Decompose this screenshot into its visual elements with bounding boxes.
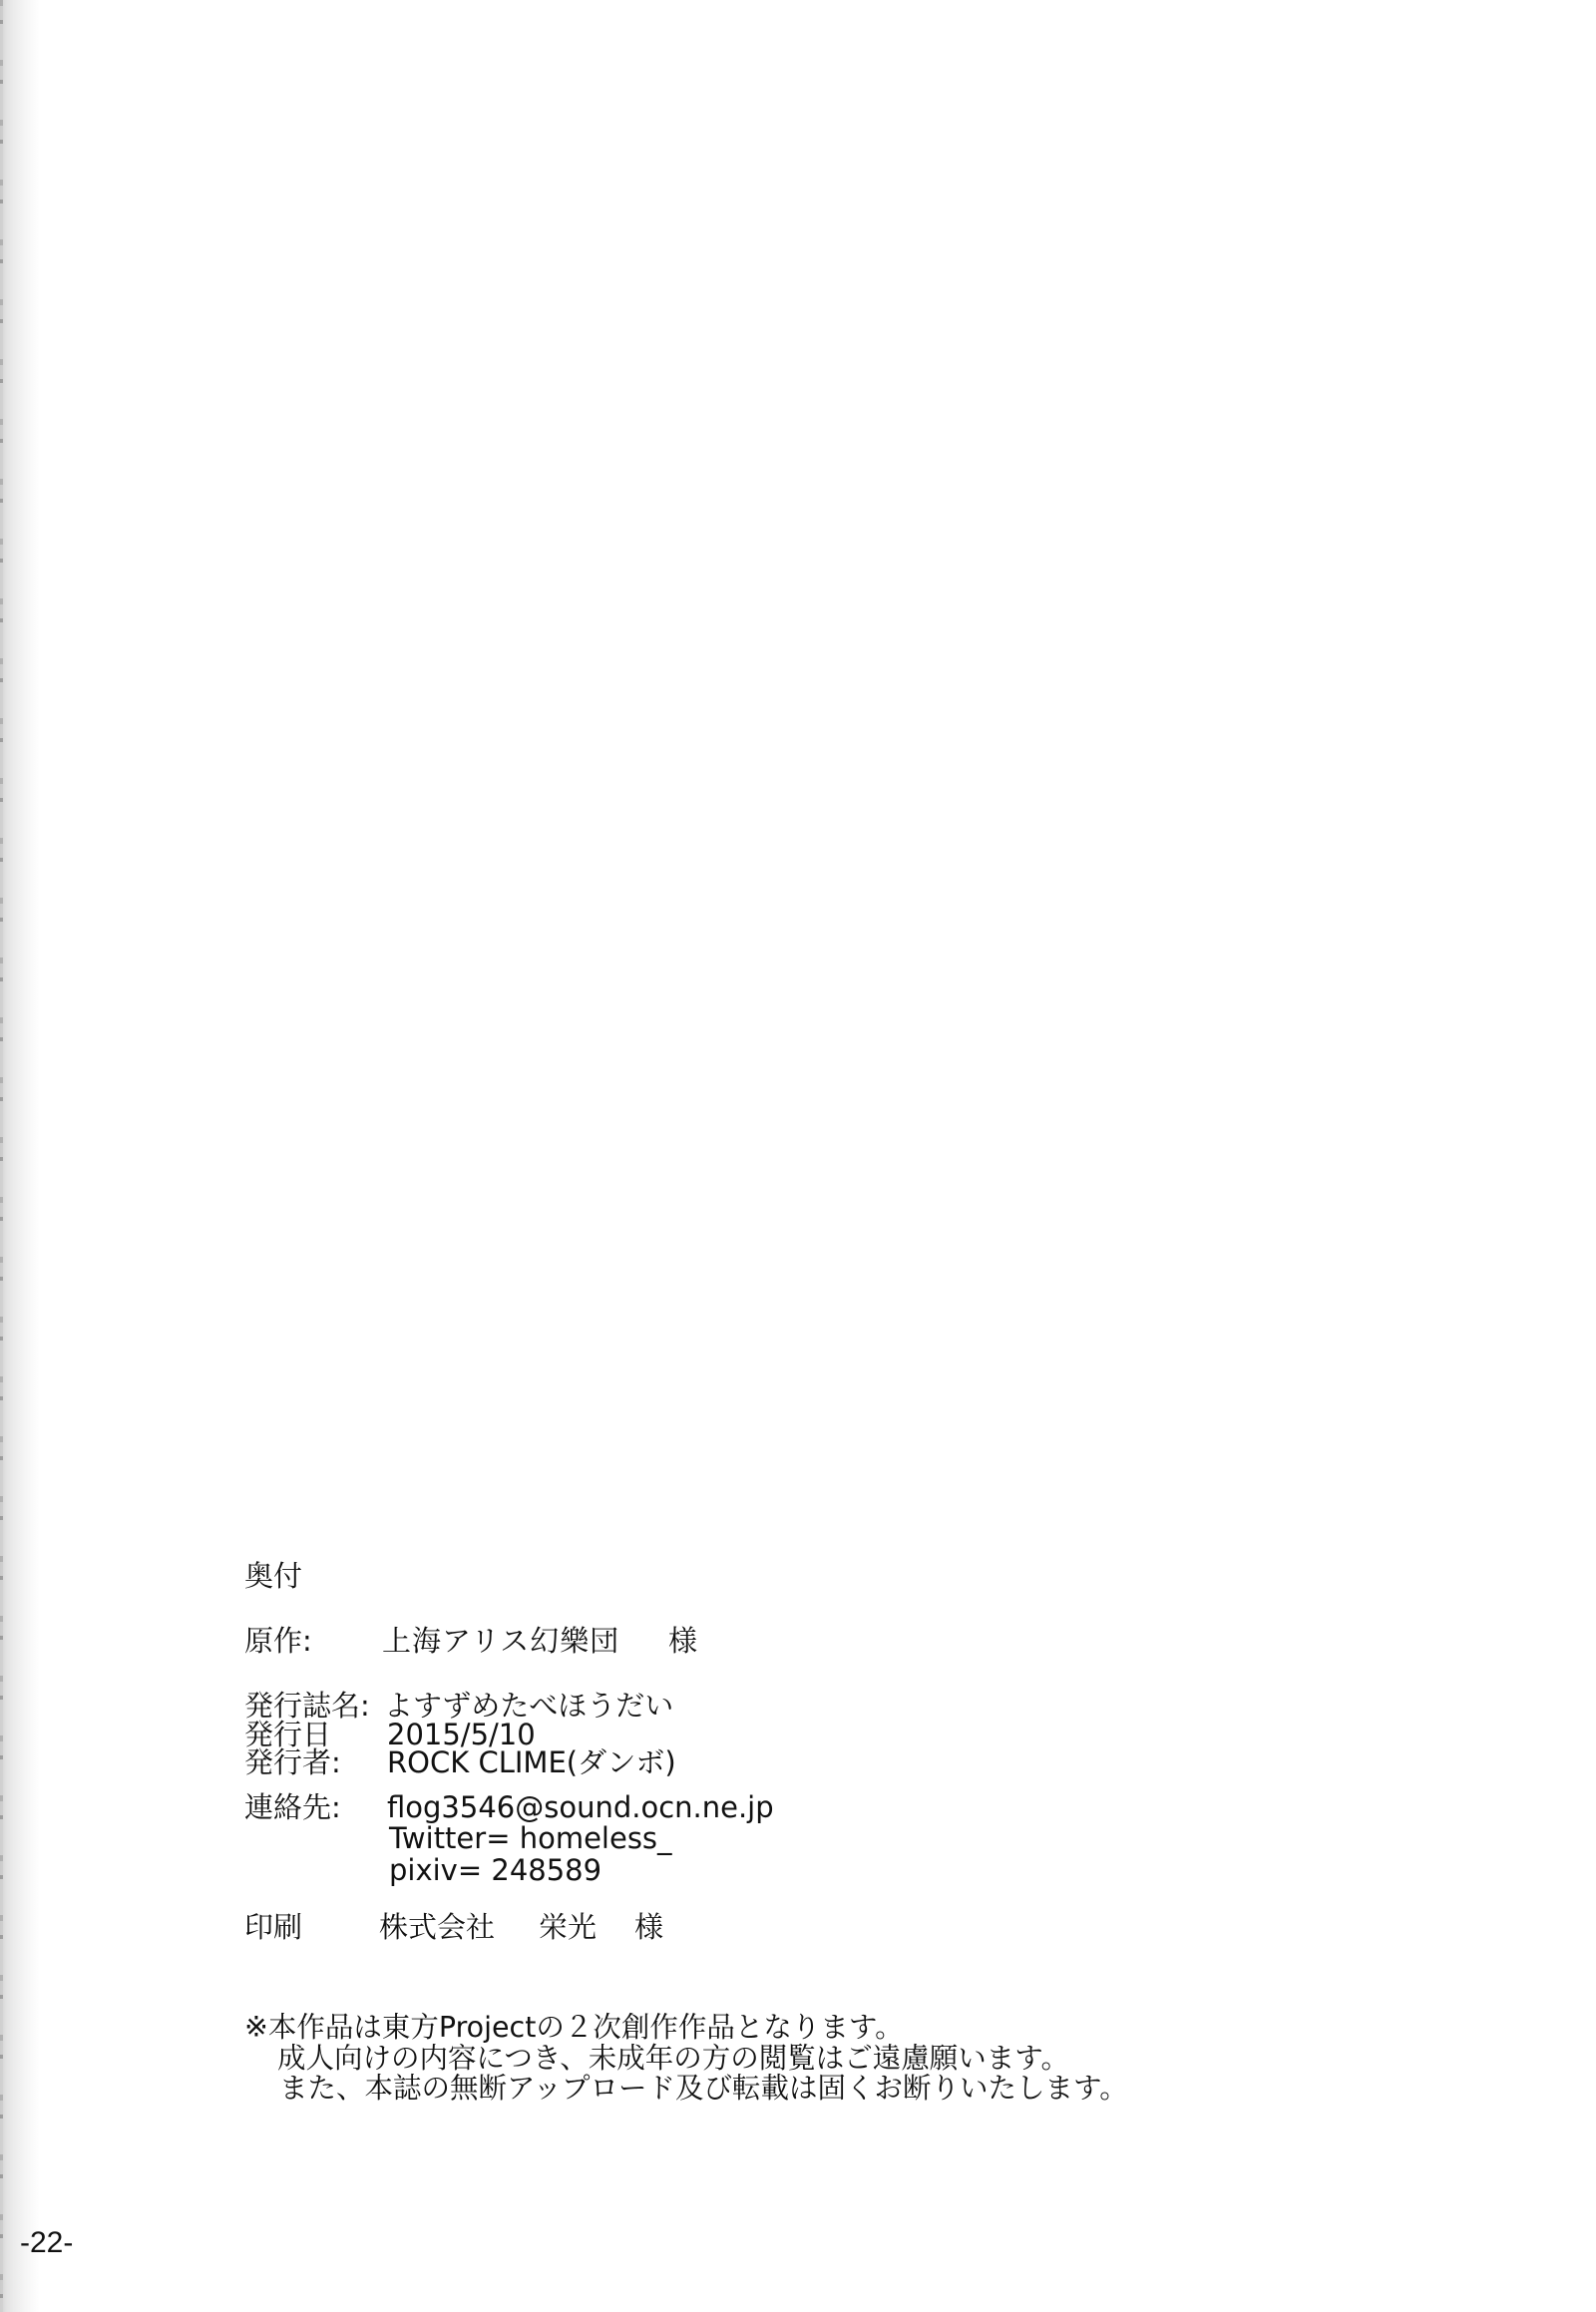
publisher-label: 発行者: xyxy=(244,1747,341,1777)
notice-line-3: また、本誌の無断アップロード及び転載は固くお断りいたします。 xyxy=(279,2074,1128,2104)
page-number: -22- xyxy=(20,2228,73,2258)
printing-company: 株式会社 xyxy=(379,1912,495,1942)
original-work-label: 原作: xyxy=(244,1626,312,1656)
contact-email: flog3546@sound.ocn.ne.jp xyxy=(387,1792,774,1822)
printing-honorific: 様 xyxy=(634,1912,663,1942)
contact-twitter: Twitter= homeless_ xyxy=(389,1823,672,1853)
notice-line-1: ※本作品は東方Projectの２次創作作品となります。 xyxy=(244,2013,904,2043)
colophon-title: 奥付 xyxy=(244,1561,302,1591)
original-work-value: 上海アリス幻樂団 xyxy=(382,1626,619,1656)
publication-name-value: よすずめたべほうだい xyxy=(384,1691,673,1721)
publication-name-label: 発行誌名: xyxy=(244,1691,370,1721)
scan-shadow-edge xyxy=(0,0,40,2312)
notice-line-2: 成人向けの内容につき、未成年の方の閲覧はご遠慮願います。 xyxy=(277,2044,1069,2074)
printing-label: 印刷 xyxy=(244,1912,302,1942)
contact-pixiv: pixiv= 248589 xyxy=(389,1855,601,1885)
contact-label: 連絡先: xyxy=(244,1792,341,1822)
original-work-honorific: 様 xyxy=(668,1626,697,1656)
printing-name: 栄光 xyxy=(539,1912,597,1942)
publisher-value: ROCK CLIME(ダンボ) xyxy=(387,1747,676,1777)
